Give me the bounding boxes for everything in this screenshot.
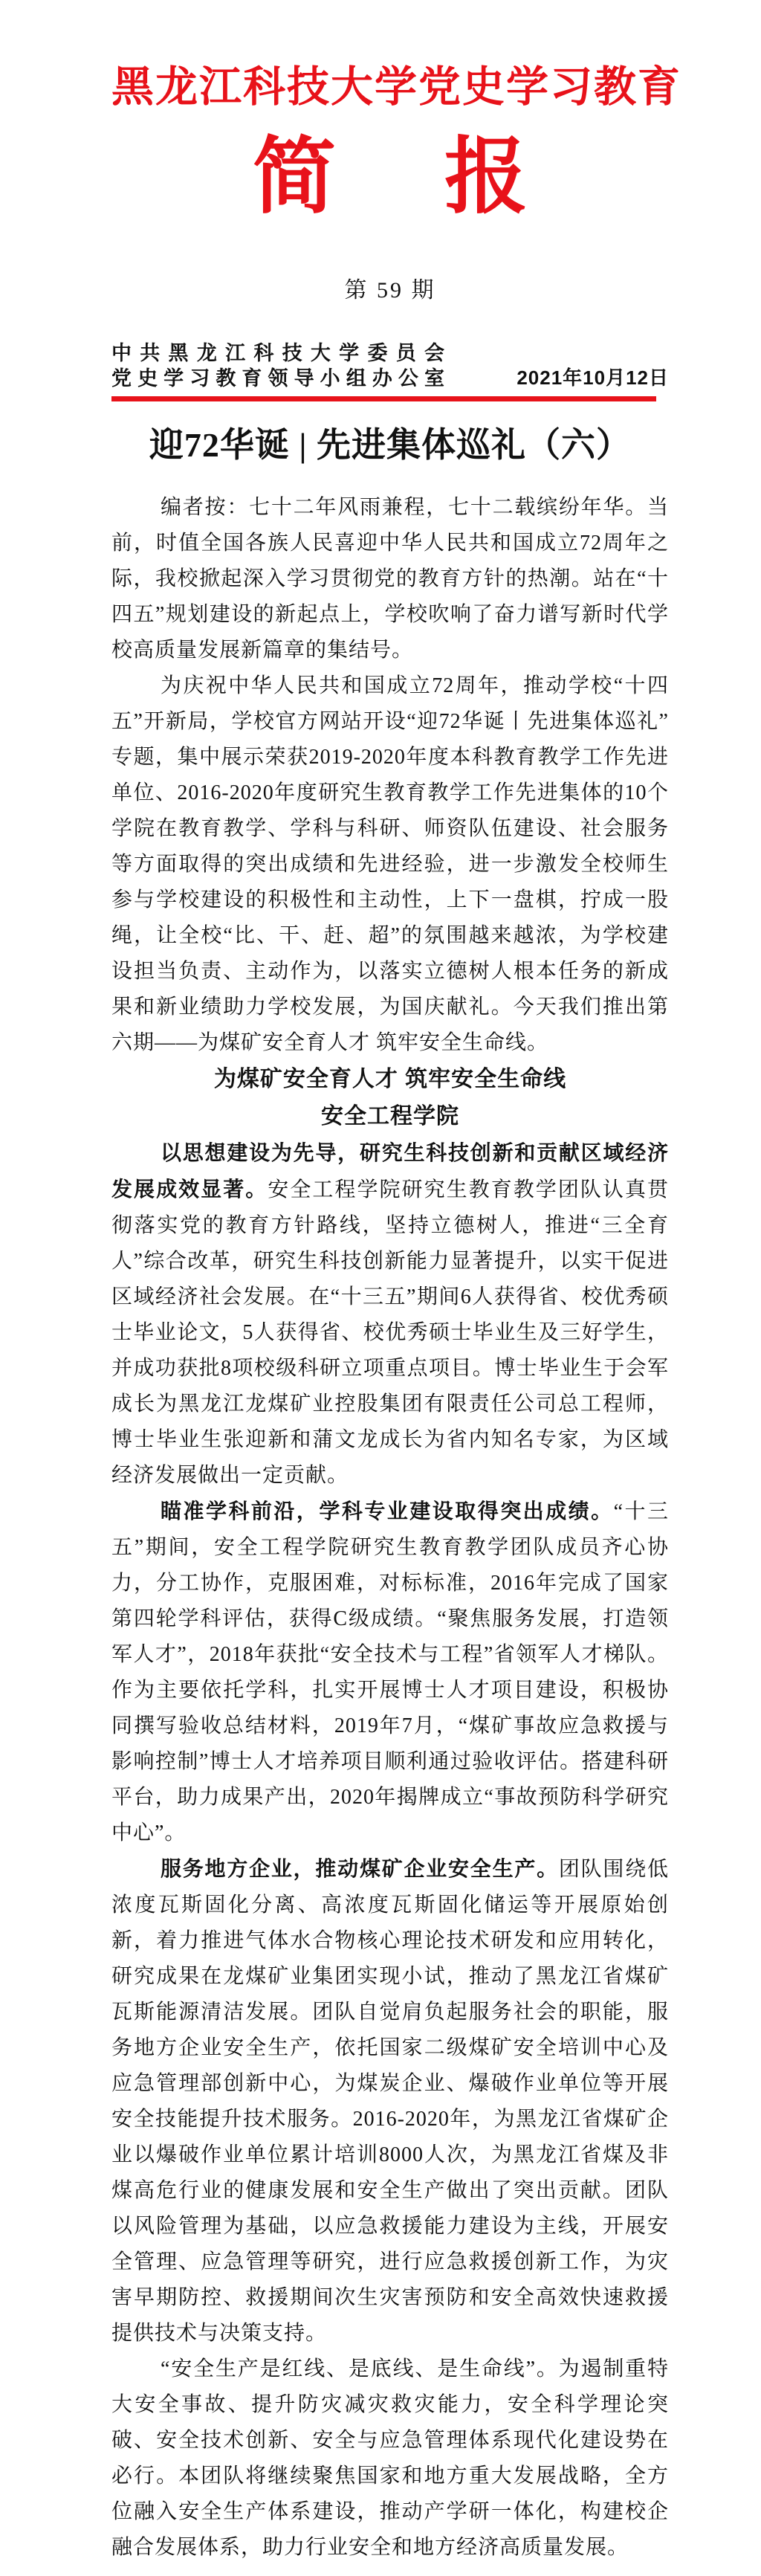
issue-number: 第 59 期	[111, 277, 669, 304]
paragraph-text: 为庆祝中华人民共和国成立72周年，推动学校“十四五”开新局，学校官方网站开设“迎…	[111, 674, 669, 1054]
paragraph-bold-lead: 服务地方企业，推动煤矿企业安全生产。	[161, 1857, 559, 1880]
bulletin-page: 黑龙江科技大学党史学习教育 简报 第 59 期 中共黑龙江科技大学委员会 党史学…	[0, 0, 761, 2576]
paragraph-text: 团队围绕低浓度瓦斯固化分离、高浓度瓦斯固化储运等开展原始创新，着力推进气体水合物…	[111, 1858, 669, 2345]
issuing-org-line-1: 中共黑龙江科技大学委员会	[111, 341, 444, 367]
brief-title: 简报	[111, 127, 669, 229]
paragraph: 为庆祝中华人民共和国成立72周年，推动学校“十四五”开新局，学校官方网站开设“迎…	[111, 668, 669, 1061]
paragraph: 瞄准学科前沿，学科专业建设取得突出成绩。“十三五”期间，安全工程学院研究生教育教…	[111, 1494, 669, 1851]
masthead-row: 中共黑龙江科技大学委员会 党史学习教育领导小组办公室 2021年10月12日	[111, 341, 669, 392]
paragraph: 编者按：七十二年风雨兼程，七十二载缤纷年华。当前，时值全国各族人民喜迎中华人民共…	[111, 490, 669, 668]
section-subtitle: 安全工程学院	[111, 1098, 669, 1135]
brief-title-char: 简	[253, 127, 336, 229]
article-headline: 迎72华诞 | 先进集体巡礼（六）	[111, 424, 669, 467]
paragraph: 服务地方企业，推动煤矿企业安全生产。团队围绕低浓度瓦斯固化分离、高浓度瓦斯固化储…	[111, 1851, 669, 2351]
article-body: 编者按：七十二年风雨兼程，七十二载缤纷年华。当前，时值全国各族人民喜迎中华人民共…	[111, 490, 669, 2566]
issuing-org-line-2: 党史学习教育领导小组办公室	[111, 367, 444, 392]
paragraph: 以思想建设为先导，研究生科技创新和贡献区域经济发展成效显著。安全工程学院研究生教…	[111, 1135, 669, 1494]
paragraph-text: 安全工程学院研究生教育教学团队认真贯彻落实党的教育方针路线，坚持立德树人，推进“…	[111, 1178, 669, 1487]
paragraph-text: “安全生产是红线、是底线、是生命线”。为遏制重特大安全事故、提升防灾减灾救灾能力…	[111, 2357, 669, 2559]
issue-date: 2021年10月12日	[516, 363, 669, 392]
paragraph-text: 编者按：七十二年风雨兼程，七十二载缤纷年华。当前，时值全国各族人民喜迎中华人民共…	[111, 496, 669, 662]
document-title: 黑龙江科技大学党史学习教育	[111, 63, 669, 112]
paragraph-text: “十三五”期间，安全工程学院研究生教育教学团队成员齐心协力，分工协作，克服困难，…	[111, 1500, 669, 1844]
section-title: 为煤矿安全育人才 筑牢安全生命线	[111, 1061, 669, 1098]
issuing-org: 中共黑龙江科技大学委员会 党史学习教育领导小组办公室	[111, 341, 444, 392]
paragraph: “安全生产是红线、是底线、是生命线”。为遏制重特大安全事故、提升防灾减灾救灾能力…	[111, 2351, 669, 2566]
brief-title-char: 报	[444, 127, 528, 229]
paragraph-bold-lead: 瞄准学科前沿，学科专业建设取得突出成绩。	[161, 1500, 614, 1523]
red-divider-rule	[111, 396, 656, 401]
